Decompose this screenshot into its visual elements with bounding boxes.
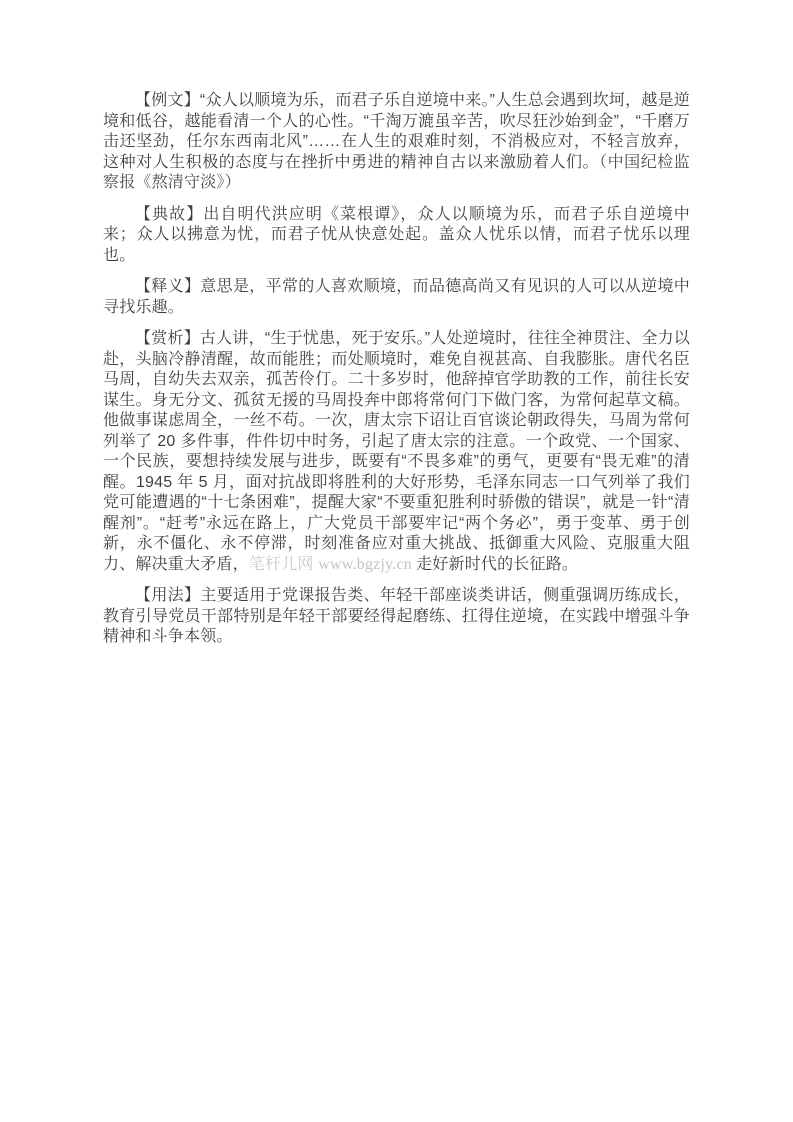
- paragraph-usage: 【用法】主要适用于党课报告类、年轻干部座谈类讲话，侧重强调历练成长，教育引导党员…: [103, 586, 690, 648]
- text-segment: 【释义】意思是，平常的人喜欢顺境，而品德高尚又有见识的人可以从逆境中寻找乐趣。: [103, 278, 690, 316]
- watermark-site-name: 笔杆儿网: [249, 556, 318, 573]
- text-segment: 【典故】出自明代洪应明《菜根谭》，众人以顺境为乐，而君子乐自逆境中来；众人以拂意…: [103, 206, 690, 264]
- paragraph-analysis: 【赏析】古人讲，“生于忧患，死于安乐。”人处逆境时，往往全神贯注、全力以赴，头脑…: [103, 329, 690, 575]
- paragraph-definition: 【释义】意思是，平常的人喜欢顺境，而品德高尚又有见识的人可以从逆境中寻找乐趣。: [103, 277, 690, 318]
- document-page: 【例文】“众人以顺境为乐，而君子乐自逆境中来。”人生总会遇到坎坷，越是逆境和低谷…: [0, 0, 793, 1122]
- paragraph-example: 【例文】“众人以顺境为乐，而君子乐自逆境中来。”人生总会遇到坎坷，越是逆境和低谷…: [103, 91, 690, 194]
- text-segment: 【用法】主要适用于党课报告类、年轻干部座谈类讲话，侧重强调历练成长，教育引导党员…: [103, 587, 690, 645]
- document-content: 【例文】“众人以顺境为乐，而君子乐自逆境中来。”人生总会遇到坎坷，越是逆境和低谷…: [103, 91, 690, 659]
- text-segment: 【赏析】古人讲，“生于忧患，死于安乐。”人处逆境时，往往全神贯注、全力以赴，头脑…: [103, 330, 690, 573]
- watermark-site-url: www.bgzjy.cn: [318, 556, 416, 573]
- paragraph-allusion: 【典故】出自明代洪应明《菜根谭》，众人以顺境为乐，而君子乐自逆境中来；众人以拂意…: [103, 205, 690, 267]
- text-segment: 走好新时代的长征路。: [416, 556, 578, 573]
